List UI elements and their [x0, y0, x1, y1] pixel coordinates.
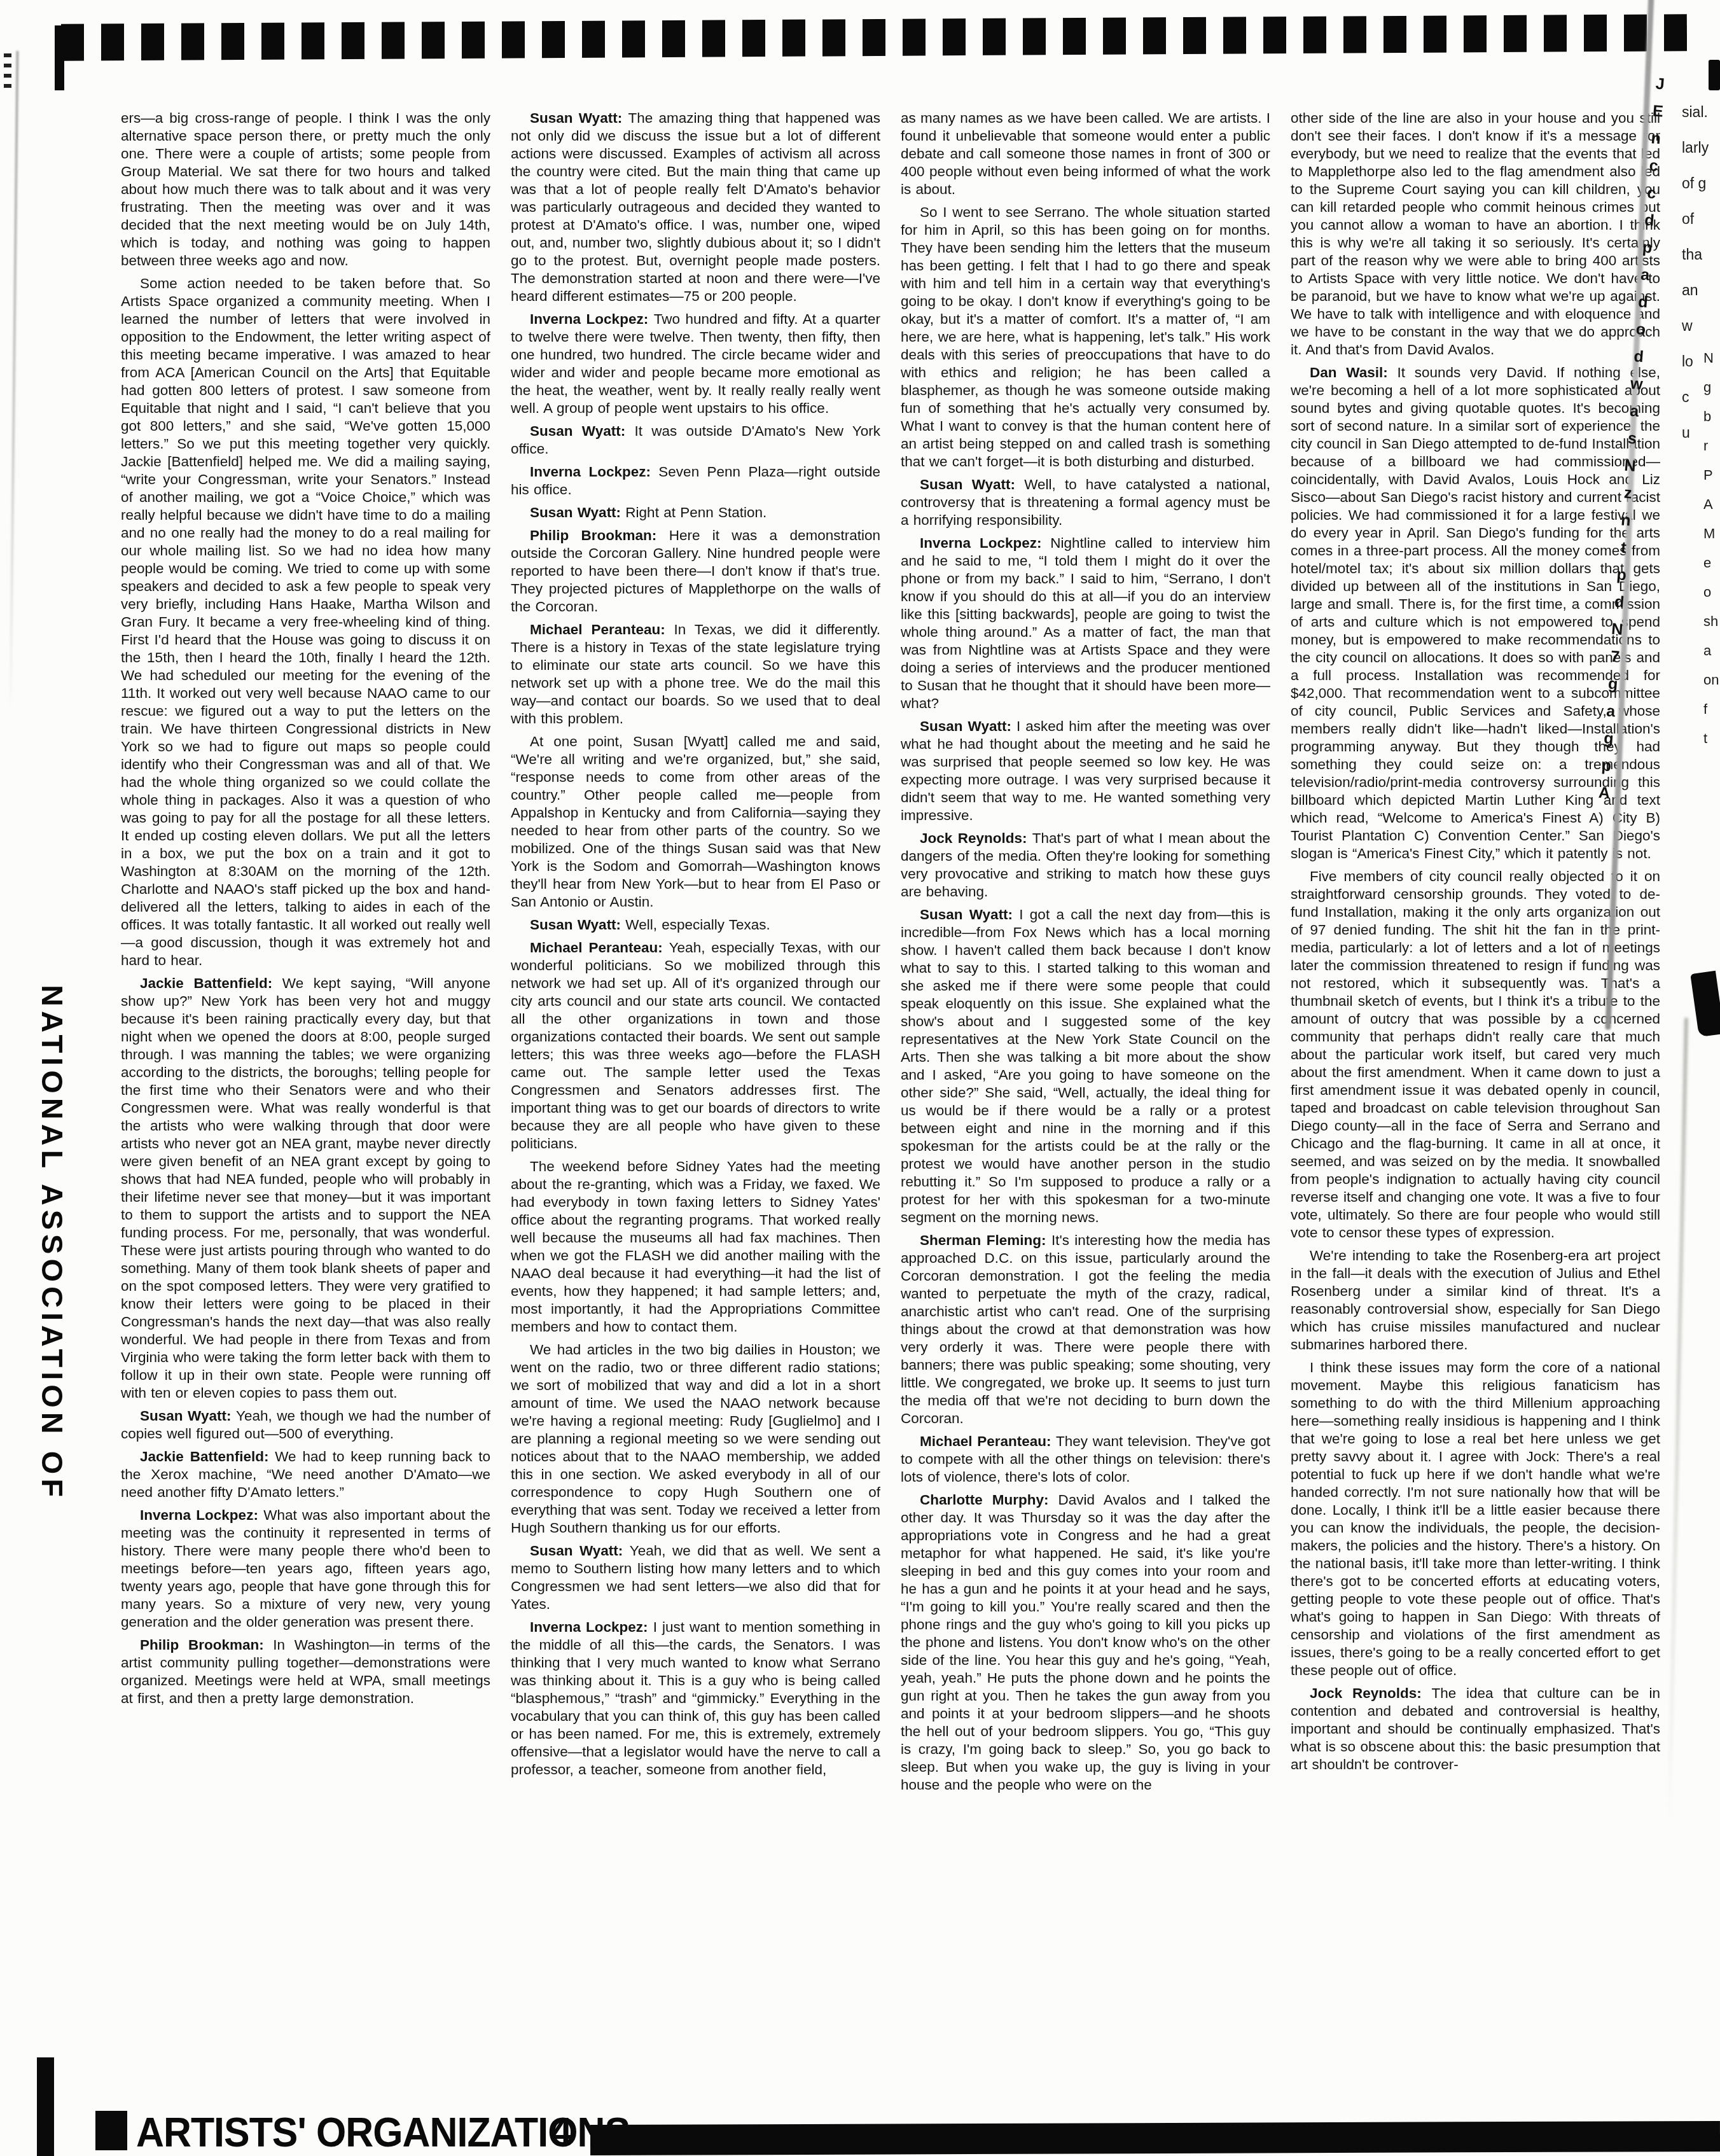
speaker-name: Jackie Battenfield: [140, 1449, 275, 1464]
speaker-name: Dan Wasil: [1310, 365, 1397, 380]
border-corner-bar [55, 25, 64, 90]
paragraph: Inverna Lockpez: Seven Penn Plaza—right … [511, 463, 880, 499]
speaker-name: Jackie Battenfield: [140, 975, 282, 991]
paragraph: Jock Reynolds: That's part of what I mea… [901, 830, 1270, 901]
paragraph: Susan Wyatt: It was outside D'Amato's Ne… [511, 422, 880, 458]
paragraph: Philip Brookman: Here it was a demonstra… [511, 527, 880, 616]
paragraph: Susan Wyatt: The amazing thing that happ… [511, 109, 880, 305]
page-curl-line-lower [1665, 1018, 1688, 1972]
footer-rule-bar [590, 2121, 1720, 2155]
page-number: 4 [551, 2112, 572, 2150]
spine-title: NATIONAL ASSOCIATION OF [33, 985, 70, 2111]
speaker-name: Inverna Lockpez: [530, 464, 658, 480]
paragraph: Charlotte Murphy: David Avalos and I tal… [901, 1491, 1270, 1794]
text-column-3: as many names as we have been called. We… [901, 109, 1270, 2113]
speaker-name: Susan Wyatt: [140, 1408, 236, 1424]
scan-tick-marks [4, 53, 11, 93]
speaker-name: Jock Reynolds: [1310, 1685, 1432, 1701]
paragraph: Susan Wyatt: Well, especially Texas. [511, 916, 880, 934]
paragraph: Sherman Fleming: It's interesting how th… [901, 1232, 1270, 1428]
speaker-name: Inverna Lockpez: [530, 311, 654, 327]
scan-blot [1709, 60, 1720, 90]
text-column-2: Susan Wyatt: The amazing thing that happ… [511, 109, 880, 2113]
text-column-1: ers—a big cross-range of people. I think… [121, 109, 490, 2113]
speaker-name: Michael Peranteau: [530, 622, 674, 637]
paragraph: Inverna Lockpez: What was also important… [121, 1506, 490, 1631]
speaker-name: Susan Wyatt: [530, 917, 625, 933]
article-body: ers—a big cross-range of people. I think… [121, 109, 1660, 2113]
paragraph: Inverna Lockpez: Nightline called to int… [901, 534, 1270, 713]
speaker-name: Inverna Lockpez: [530, 1619, 653, 1635]
speaker-name: Philip Brookman: [530, 527, 669, 543]
scanned-page: ers—a big cross-range of people. I think… [0, 0, 1720, 2156]
paragraph: Susan Wyatt: Yeah, we did that as well. … [511, 1542, 880, 1613]
speaker-name: Michael Peranteau: [530, 940, 669, 956]
speaker-name: Susan Wyatt: [920, 718, 1016, 734]
scan-blot [1690, 971, 1720, 1038]
paragraph: At one point, Susan [Wyatt] called me an… [511, 733, 880, 911]
paragraph: Some action needed to be taken before th… [121, 275, 490, 970]
page-edge-artifact-left [10, 51, 19, 713]
paragraph: Inverna Lockpez: I just want to mention … [511, 1618, 880, 1779]
speaker-name: Jock Reynolds: [920, 830, 1032, 846]
paragraph: Susan Wyatt: I asked him after the meeti… [901, 718, 1270, 824]
paragraph: Michael Peranteau: They want television.… [901, 1433, 1270, 1486]
next-page-text-fragments-lower: N g b r P A M e o sh a on f t [1703, 344, 1720, 753]
speaker-name: Susan Wyatt: [530, 504, 625, 520]
paragraph: other side of the line are also in your … [1291, 109, 1660, 359]
paragraph: Jackie Battenfield: We kept saying, “Wil… [121, 975, 490, 1402]
speaker-name: Inverna Lockpez: [920, 535, 1050, 551]
footer-square-mark [95, 2111, 127, 2150]
paragraph: Susan Wyatt: Right at Penn Station. [511, 504, 880, 522]
paragraph: Michael Peranteau: In Texas, we did it d… [511, 621, 880, 728]
paragraph: Inverna Lockpez: Two hundred and fifty. … [511, 310, 880, 417]
speaker-name: Susan Wyatt: [530, 423, 634, 439]
paragraph: We had articles in the two big dailies i… [511, 1341, 880, 1537]
speaker-name: Susan Wyatt: [920, 907, 1019, 922]
dashed-border-decoration [61, 14, 1687, 61]
speaker-name: Philip Brookman: [140, 1637, 273, 1653]
paragraph: Susan Wyatt: Yeah, we though we had the … [121, 1407, 490, 1443]
paragraph: Susan Wyatt: Well, to have catalysted a … [901, 476, 1270, 529]
paragraph: So I went to see Serrano. The whole situ… [901, 204, 1270, 471]
paragraph: as many names as we have been called. We… [901, 109, 1270, 198]
paragraph: We're intending to take the Rosenberg-er… [1291, 1247, 1660, 1354]
footer-corner-bar [37, 2057, 54, 2156]
speaker-name: Charlotte Murphy: [920, 1492, 1058, 1508]
paragraph: Michael Peranteau: Yeah, especially Texa… [511, 939, 880, 1153]
paragraph: Five members of city council really obje… [1291, 868, 1660, 1242]
paragraph: Jackie Battenfield: We had to keep runni… [121, 1448, 490, 1501]
speaker-name: Susan Wyatt: [530, 110, 628, 126]
speaker-name: Susan Wyatt: [920, 476, 1024, 492]
speaker-name: Sherman Fleming: [920, 1232, 1051, 1248]
speaker-name: Susan Wyatt: [530, 1543, 630, 1559]
paragraph: I think these issues may form the core o… [1291, 1359, 1660, 1680]
paragraph: Philip Brookman: In Washington—in terms … [121, 1636, 490, 1707]
text-column-4: other side of the line are also in your … [1291, 109, 1660, 2113]
paragraph: Susan Wyatt: I got a call the next day f… [901, 906, 1270, 1227]
paragraph: Jock Reynolds: The idea that culture can… [1291, 1685, 1660, 1774]
paragraph: ers—a big cross-range of people. I think… [121, 109, 490, 270]
speaker-name: Inverna Lockpez: [140, 1507, 263, 1523]
paragraph: The weekend before Sidney Yates had the … [511, 1158, 880, 1336]
speaker-name: Michael Peranteau: [920, 1433, 1056, 1449]
